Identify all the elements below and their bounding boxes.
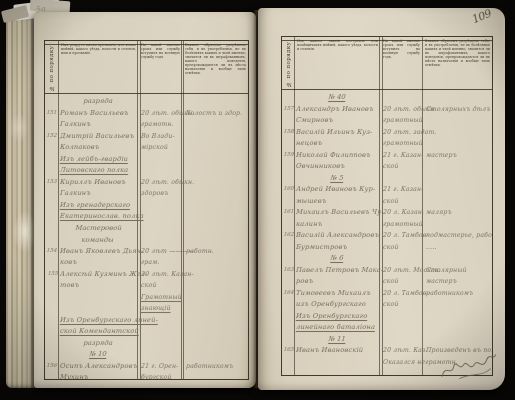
ledger-entry: 151Романъ ВасильевъГалкинъ20 лѣт. обыкн.… bbox=[45, 108, 248, 131]
handwritten-line: ской bbox=[141, 280, 183, 292]
handwritten-line: линейнаго баталіона bbox=[296, 322, 381, 334]
handwritten-line: подмастерье, работн. bbox=[426, 230, 492, 242]
center-note: разряда bbox=[45, 338, 248, 350]
handwritten-line: мастеръ bbox=[426, 150, 492, 162]
ledger-entry: 162Василій АлександровъБурмистровъ20 л. … bbox=[282, 230, 492, 253]
handwritten-line: ской bbox=[383, 276, 423, 288]
center-note-text: разряда bbox=[57, 96, 138, 108]
handwritten-line: Холостъ и здор. bbox=[186, 108, 248, 120]
entry-number: 153 bbox=[45, 177, 59, 200]
section-heading: Изъ гренадерскагоЕкатеринослав. полка bbox=[45, 200, 248, 223]
section-heading: Изъ лейбъ-гвардіиЛитовскаго полка bbox=[45, 154, 248, 177]
handwritten-line: 20 л. Казан. bbox=[383, 207, 423, 219]
handwritten-line: Александръ Ивановъ bbox=[296, 104, 381, 116]
handwritten-line: работникомъ bbox=[426, 288, 492, 300]
handwritten-line: 20 лѣт. обыкн. bbox=[383, 104, 423, 116]
handwritten-line: 20 лѣт. Москов. bbox=[383, 265, 423, 277]
handwritten-line: Осипъ Александровъ bbox=[60, 361, 139, 373]
column-header-name: Имя рекрутъ имена прозванія, изъ коихъ и… bbox=[58, 41, 138, 93]
handwritten-line: Смирновъ bbox=[296, 115, 381, 127]
column-header-term: На какой именно срокъ или службу вступил… bbox=[138, 41, 182, 93]
ledger-entry: 159Николай ФилипповъОвчинниковъ21 г. Каз… bbox=[282, 150, 492, 173]
handwritten-line: ковъ bbox=[60, 257, 139, 269]
handwritten-line: грамотный bbox=[383, 219, 423, 231]
entry-number bbox=[45, 200, 59, 223]
table-header-right: № по порядку Изъ какого званія поступилъ… bbox=[282, 37, 492, 90]
ledger-entry: 160Андрей Ивановъ Кур-мышевъ21 г. Казан-… bbox=[282, 184, 492, 207]
register-table-left: № по порядку Имя рекрутъ имена прозванія… bbox=[44, 40, 249, 380]
handwritten-line: Тимоѳеевъ Михаилъ bbox=[296, 288, 381, 300]
handwritten-line: Литовскаго полка bbox=[60, 165, 139, 177]
entry-number bbox=[45, 154, 59, 177]
column-header-remarks: Какимъ образомъ разрѣшено себя, и въ упо… bbox=[422, 37, 492, 89]
section-heading: Изъ Оренбургскаго линей-ской Комендантск… bbox=[45, 315, 248, 338]
handwritten-line: работникомъ bbox=[186, 361, 248, 373]
center-note: № 10 bbox=[45, 349, 248, 361]
handwritten-line: калинъ bbox=[296, 219, 381, 231]
handwritten-line: Андрей Ивановъ Кур- bbox=[296, 184, 381, 196]
center-note-text: № 5 bbox=[293, 173, 380, 185]
handwritten-line: Иванъ Ивановскій bbox=[296, 345, 381, 357]
handwritten-line: Николай Филипповъ bbox=[296, 150, 381, 162]
handwritten-line: Столярныхъ дѣлъ bbox=[426, 104, 492, 116]
handwritten-line: мастеръ bbox=[426, 276, 492, 288]
ledger-entry: 155Алексѣй Кузминъ Жел-товъ20 лѣт. Казан… bbox=[45, 269, 248, 315]
handwritten-line: 20 лѣт. Каз. bbox=[383, 345, 423, 357]
handwritten-line: работн. bbox=[186, 246, 248, 258]
handwritten-line: Романъ Васильевъ bbox=[60, 108, 139, 120]
handwritten-line: Кириллъ Ивановъ bbox=[60, 177, 139, 189]
register-table-right: № по порядку Изъ какого званія поступилъ… bbox=[281, 36, 493, 376]
handwritten-line: товъ bbox=[60, 280, 139, 292]
handwritten-line: Изъ Оренбургскаго линей- bbox=[60, 315, 139, 327]
pencil-folio-mark: 5а bbox=[35, 4, 46, 14]
handwritten-line: 20 лѣт. обыкн. bbox=[141, 177, 183, 189]
entry-number bbox=[45, 315, 59, 338]
handwritten-line: Столярный bbox=[426, 265, 492, 277]
handwritten-line: мышевъ bbox=[296, 196, 381, 208]
handwritten-line: здоровъ bbox=[141, 188, 183, 200]
handwritten-line: ской bbox=[383, 299, 423, 311]
handwritten-line: Галкинъ bbox=[60, 188, 139, 200]
ledger-entry: 158Василій Ильинъ Куз-нецовъ20 лѣт. зада… bbox=[282, 127, 492, 150]
handwritten-line: 20 лѣт ———— bbox=[141, 246, 183, 258]
left-page: № по порядку Имя рекрутъ имена прозванія… bbox=[34, 12, 256, 388]
entry-number: 152 bbox=[45, 131, 59, 154]
ledger-entry: 156Осипъ АлександровъМухинъ21 г. Орен-бу… bbox=[45, 361, 248, 380]
handwritten-line: 20 лѣт. задат. bbox=[383, 127, 423, 139]
handwritten-line: Иванъ Яковлевъ Дьяч- bbox=[60, 246, 139, 258]
handwritten-line: 20 лѣт. Казан- bbox=[141, 269, 183, 281]
handwritten-line: 20 лѣт. обыкн. bbox=[141, 108, 183, 120]
column-header-number: № по порядку bbox=[45, 41, 58, 93]
handwritten-line: Алексѣй Кузминъ Жел- bbox=[60, 269, 139, 281]
handwritten-line: 20 л. Тамбов- bbox=[383, 230, 423, 242]
handwritten-line: 20 л. Тамбов- bbox=[383, 288, 423, 300]
handwritten-line: Бурмистровъ bbox=[296, 242, 381, 254]
ledger-entry: 157Александръ ИвановъСмирновъ20 лѣт. обы… bbox=[282, 104, 492, 127]
handwritten-line: Изъ гренадерскаго bbox=[60, 200, 139, 212]
handwritten-line: ровъ bbox=[296, 276, 381, 288]
ledger-entry: 153Кириллъ ИвановъГалкинъ20 лѣт. обыкн.з… bbox=[45, 177, 248, 200]
column-header-name: Изъ какого званія поступилъ или помѣщичь… bbox=[294, 37, 380, 89]
handwritten-line: Дмитрій Васильевъ bbox=[60, 131, 139, 143]
table-header-left: № по порядку Имя рекрутъ имена прозванія… bbox=[45, 41, 248, 94]
handwritten-line: Оказался неграмотн. bbox=[383, 357, 423, 369]
entries-left: разряда151Романъ ВасильевъГалкинъ20 лѣт.… bbox=[45, 93, 248, 379]
handwritten-line: Михаилъ Васильевъ Чу- bbox=[296, 207, 381, 219]
center-note-text: № 11 bbox=[293, 334, 380, 346]
entry-number: 156 bbox=[45, 361, 59, 380]
handwritten-line: Изъ Оренбургскаго bbox=[296, 311, 381, 323]
entry-number: 151 bbox=[45, 108, 59, 131]
handwritten-line: Мухинъ bbox=[60, 372, 139, 379]
handwritten-line: 21 г. Казан- bbox=[383, 150, 423, 162]
handwritten-line: Овчинниковъ bbox=[296, 161, 381, 173]
ledger-photograph: № по порядку Имя рекрутъ имена прозванія… bbox=[0, 0, 515, 400]
handwritten-line: Василій Ильинъ Куз- bbox=[296, 127, 381, 139]
center-note-text: № 40 bbox=[293, 92, 380, 104]
handwritten-line: ..... bbox=[426, 242, 492, 254]
handwritten-line: Василій Александровъ bbox=[296, 230, 381, 242]
handwritten-line: Колпаковъ bbox=[60, 142, 139, 154]
handwritten-line: Во Влади- bbox=[141, 131, 183, 143]
ledger-entry: 163Павелъ Петровъ Мака-ровъ20 лѣт. Моско… bbox=[282, 265, 492, 288]
handwritten-line: ской bbox=[383, 161, 423, 173]
center-note: № 40 bbox=[282, 92, 492, 104]
handwritten-line: 21 г. Орен- bbox=[141, 361, 183, 373]
center-note: № 5 bbox=[282, 173, 492, 185]
ledger-entry: 164Тимоѳеевъ Михаилъизъ Оренбургскаго20 … bbox=[282, 288, 492, 311]
handwritten-line: Екатеринослав. полка bbox=[60, 211, 139, 223]
handwritten-line: ской bbox=[383, 196, 423, 208]
ledger-entry: 152Дмитрій ВасильевъКолпаковъВо Влади-мі… bbox=[45, 131, 248, 154]
center-note-text: Мастеровой команды bbox=[57, 223, 139, 246]
handwritten-line: маляръ bbox=[426, 207, 492, 219]
center-note-text: № 10 bbox=[57, 349, 138, 361]
handwritten-line: Изъ лейбъ-гвардіи bbox=[60, 154, 139, 166]
handwritten-line: знающій bbox=[141, 303, 183, 315]
handwritten-line: бургской bbox=[141, 372, 183, 379]
handwritten-line: грамотн. bbox=[141, 119, 183, 131]
handwritten-line: ской bbox=[383, 242, 423, 254]
column-header-number: № по порядку bbox=[282, 37, 294, 89]
center-note: № 11 bbox=[282, 334, 492, 346]
center-note: Мастеровой команды bbox=[45, 223, 248, 246]
handwritten-line: мірской bbox=[141, 142, 183, 154]
center-note-text: разряда bbox=[57, 338, 138, 350]
ledger-entry: 154Иванъ Яковлевъ Дьяч-ковъ20 лѣт ————гр… bbox=[45, 246, 248, 269]
center-note: № 6 bbox=[282, 253, 492, 265]
right-page: № по порядку Изъ какого званія поступилъ… bbox=[258, 8, 505, 390]
column-header-remarks: Какимъ образомъ разрѣшено себя, и въ упо… bbox=[182, 41, 248, 93]
entry-number: 154 bbox=[45, 246, 59, 269]
handwritten-line: 21 г. Казан- bbox=[383, 184, 423, 196]
handwritten-line: ской Комендантской bbox=[60, 326, 139, 338]
handwritten-line: Павелъ Петровъ Мака- bbox=[296, 265, 381, 277]
ledger-entry: 161Михаилъ Васильевъ Чу-калинъ20 л. Каза… bbox=[282, 207, 492, 230]
entries-right: № 40157Александръ ИвановъСмирновъ20 лѣт.… bbox=[282, 89, 492, 375]
handwritten-line: грамотный bbox=[383, 138, 423, 150]
handwritten-line: Грамотный bbox=[141, 292, 183, 304]
center-note: разряда bbox=[45, 96, 248, 108]
column-header-term: На какой именно срокъ или службу вступил… bbox=[380, 37, 422, 89]
handwritten-line: нецовъ bbox=[296, 138, 381, 150]
section-heading: Изъ Оренбургскаголинейнаго баталіона bbox=[282, 311, 492, 334]
handwritten-line: грам. bbox=[141, 257, 183, 269]
center-note-text: № 6 bbox=[293, 253, 380, 265]
handwritten-line: грамотный bbox=[383, 115, 423, 127]
handwritten-line: изъ Оренбургскаго bbox=[296, 299, 381, 311]
handwritten-line: Галкинъ bbox=[60, 119, 139, 131]
